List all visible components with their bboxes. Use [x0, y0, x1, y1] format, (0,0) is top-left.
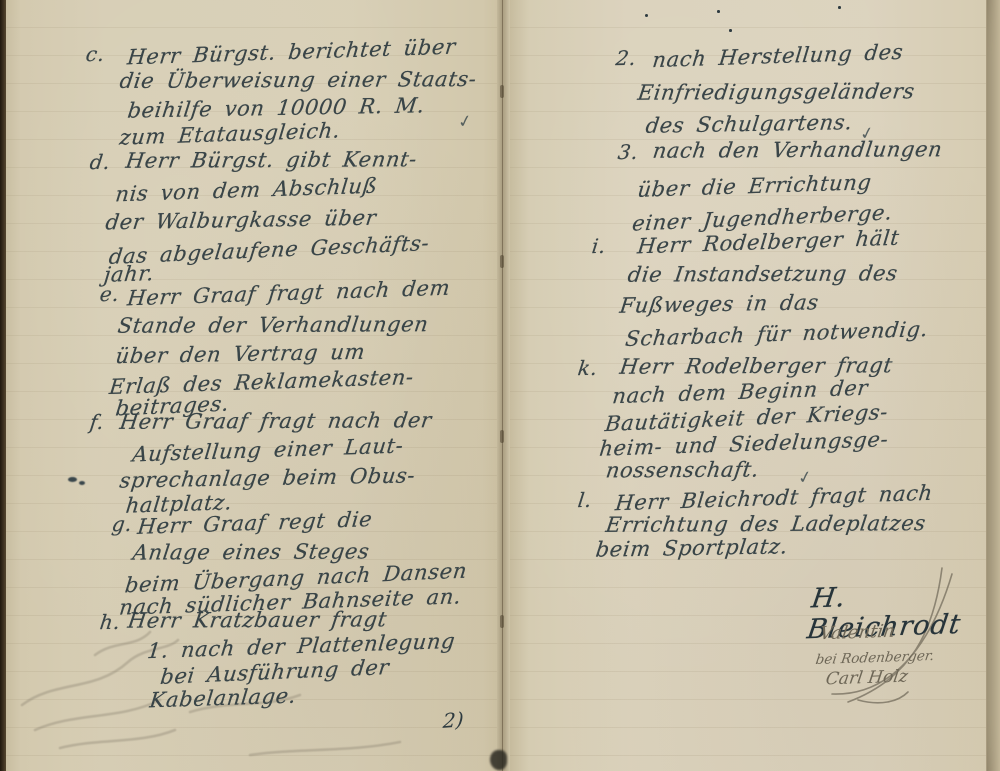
- ink-blot: [68, 477, 77, 482]
- handwritten-line: beim Sportplatz.: [594, 536, 789, 560]
- entry-marker: i.: [591, 236, 607, 256]
- handwritten-line: des Schulgartens.: [644, 112, 853, 137]
- handwritten-line: Fußweges in das: [618, 292, 820, 316]
- binding-stitch: [500, 615, 504, 628]
- ink-blot: [79, 481, 85, 485]
- handwritten-line: nach den Verhandlungen: [651, 139, 943, 162]
- binding-gutter: [497, 0, 510, 771]
- handwritten-line: der Walburgkasse über: [104, 208, 377, 234]
- binding-stitch: [500, 255, 504, 268]
- handwritten-line: Anlage eines Steges: [131, 541, 370, 563]
- signature-pencil: Carl Holz: [824, 667, 909, 690]
- handwritten-line: beihilfe von 10000 R. M.: [126, 95, 426, 121]
- ink-dot: [729, 29, 732, 32]
- handwritten-line: Kabelanlage.: [149, 686, 298, 712]
- entry-marker: l.: [577, 490, 593, 510]
- book-edge-left: [0, 0, 6, 771]
- entry-marker: e.: [99, 284, 121, 304]
- handwritten-line: die Instandsetzung des: [626, 263, 899, 285]
- ink-dot: [838, 6, 841, 9]
- entry-marker: h.: [99, 612, 122, 632]
- handwritten-line: die Überweisung einer Staats-: [118, 69, 477, 92]
- entry-marker: 3.: [617, 142, 640, 162]
- ink-dot: [717, 10, 720, 13]
- gutter-ink-smudge: [490, 750, 507, 770]
- handwritten-line: über den Vertrag um: [114, 342, 366, 367]
- handwritten-line: Stande der Verhandlungen: [116, 314, 429, 337]
- entry-marker: 2.: [615, 48, 638, 68]
- book-edge-right: [986, 0, 1000, 771]
- page-number: 2): [442, 707, 464, 733]
- handwritten-line: Einfriedigungsgeländers: [636, 81, 916, 103]
- handwritten-line: Herr Bürgst. gibt Kennt-: [124, 149, 418, 172]
- entry-marker: d.: [89, 152, 112, 172]
- handwritten-line: Herr Rodelberger fragt: [618, 355, 893, 377]
- scanned-minutes-spread: c. Herr Bürgst. berichtet über die Überw…: [0, 0, 1000, 771]
- entry-marker: k.: [577, 358, 599, 378]
- ink-dot: [645, 14, 648, 17]
- handwritten-line: Errichtung des Ladeplatzes: [604, 513, 927, 536]
- handwritten-line: sprechanlage beim Obus-: [118, 465, 416, 491]
- binding-stitch: [500, 85, 504, 98]
- entry-marker: g.: [111, 514, 134, 534]
- entry-marker: c.: [85, 44, 106, 64]
- gutter-seam: [502, 0, 503, 771]
- signature-pencil: Valentin: [818, 621, 896, 645]
- handwritten-line: Herr Kratzbauer fragt: [126, 609, 388, 631]
- handwritten-line: nossenschaft.: [605, 460, 761, 482]
- handwritten-line: Herr Graaf fragt nach der: [118, 410, 433, 433]
- binding-stitch: [500, 430, 504, 443]
- entry-marker: f.: [89, 412, 106, 432]
